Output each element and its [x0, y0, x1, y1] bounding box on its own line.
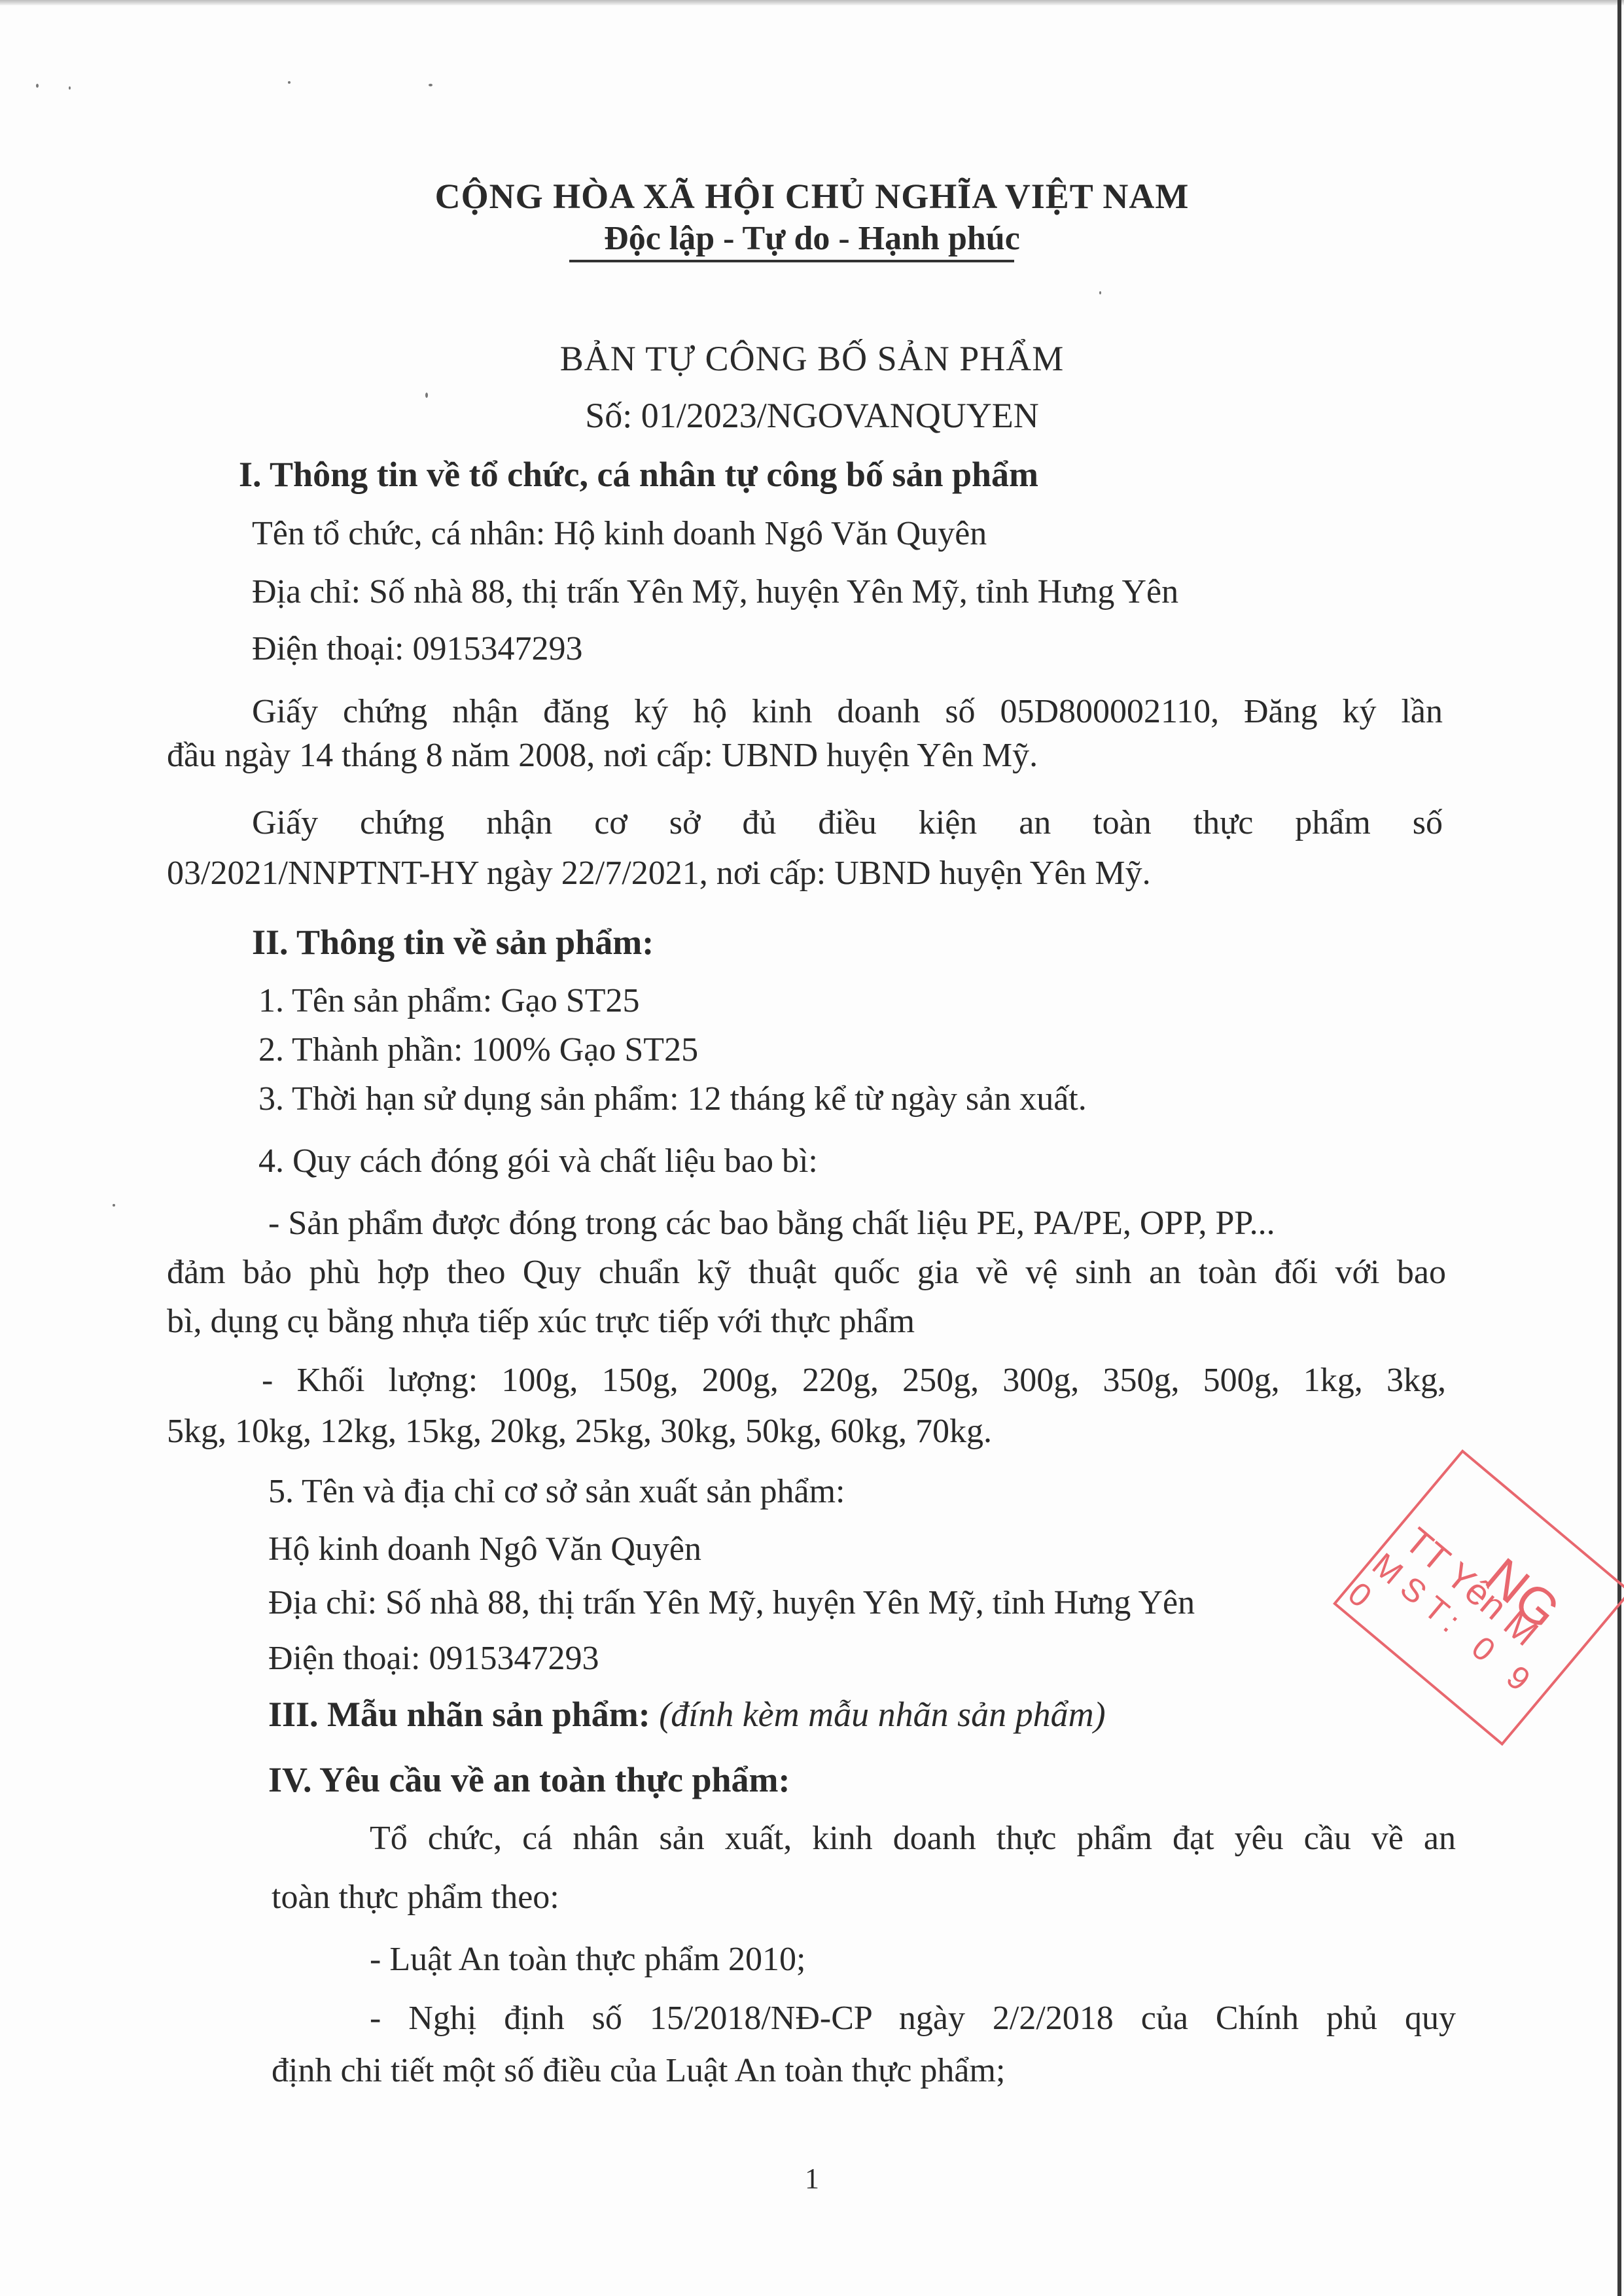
product-shelf-life: 3. Thời hạn sử dụng sản phẩm: 12 tháng k… [258, 1080, 1087, 1119]
producer-heading: 5. Tên và địa chỉ cơ sở sản xuất sản phẩ… [268, 1472, 845, 1511]
packaging-line-3: bì, dụng cụ bằng nhựa tiếp xúc trực tiếp… [167, 1302, 915, 1341]
section-3-heading: III. Mẫu nhãn sản phẩm: (đính kèm mẫu nh… [268, 1695, 1106, 1734]
document-number: Số: 01/2023/NGOVANQUYEN [0, 396, 1624, 435]
business-registration-line-1: Giấy chứng nhận đăng ký hộ kinh doanh số… [252, 692, 1443, 732]
section-1-heading: I. Thông tin về tổ chức, cá nhân tự công… [239, 455, 1038, 494]
page-number: 1 [0, 2159, 1624, 2199]
producer-phone: Điện thoại: 0915347293 [268, 1639, 599, 1678]
decree-line-2: định chi tiết một số điều của Luật An to… [272, 2051, 1005, 2091]
producer-address: Địa chỉ: Số nhà 88, thị trấn Yên Mỹ, huy… [268, 1583, 1195, 1623]
business-registration-line-2: đầu ngày 14 tháng 8 năm 2008, nơi cấp: U… [167, 736, 1038, 775]
packaging-line-1: - Sản phẩm được đóng trong các bao bằng … [268, 1204, 1275, 1243]
product-name: 1. Tên sản phẩm: Gạo ST25 [258, 981, 640, 1021]
weight-line-1: - Khối lượng: 100g, 150g, 200g, 220g, 25… [262, 1361, 1446, 1400]
safety-intro-line-1: Tổ chức, cá nhân sản xuất, kinh doanh th… [370, 1819, 1456, 1858]
scan-speck [1099, 291, 1101, 294]
packaging-line-2: đảm bảo phù hợp theo Quy chuẩn kỹ thuật … [167, 1253, 1446, 1292]
section-3-note: (đính kèm mẫu nhãn sản phẩm) [650, 1695, 1106, 1734]
safety-intro-line-2: toàn thực phẩm theo: [272, 1878, 559, 1917]
document-page: CỘNG HÒA XÃ HỘI CHỦ NGHĨA VIỆT NAM Độc l… [0, 0, 1624, 2296]
scan-speck [69, 86, 71, 90]
food-safety-law: - Luật An toàn thực phẩm 2010; [370, 1940, 806, 1979]
document-title: BẢN TỰ CÔNG BỐ SẢN PHẨM [0, 339, 1624, 378]
section-3-title: III. Mẫu nhãn sản phẩm: [268, 1695, 650, 1734]
scan-speck [288, 81, 291, 84]
scan-speck [36, 84, 39, 88]
section-2-heading: II. Thông tin về sản phẩm: [252, 923, 654, 962]
weight-line-2: 5kg, 10kg, 12kg, 15kg, 20kg, 25kg, 30kg,… [167, 1412, 992, 1451]
food-safety-cert-line-2: 03/2021/NNPTNT-HY ngày 22/7/2021, nơi cấ… [167, 854, 1151, 893]
producer-name: Hộ kinh doanh Ngô Văn Quyên [268, 1530, 701, 1569]
national-motto: Độc lập - Tự do - Hạnh phúc [0, 219, 1624, 258]
decree-line-1: - Nghị định số 15/2018/NĐ-CP ngày 2/2/20… [370, 1999, 1456, 2038]
scan-edge-top [0, 0, 1624, 5]
section-4-heading: IV. Yêu cầu về an toàn thực phẩm: [268, 1760, 790, 1799]
scan-speck [113, 1204, 115, 1207]
national-title: CỘNG HÒA XÃ HỘI CHỦ NGHĨA VIỆT NAM [0, 177, 1624, 216]
product-ingredients: 2. Thành phần: 100% Gạo ST25 [258, 1031, 698, 1070]
org-phone: Điện thoại: 0915347293 [252, 629, 583, 669]
scan-speck [429, 84, 432, 86]
company-stamp: NG TT Yên M MST: 0 9 0 [1333, 1449, 1624, 1746]
org-address: Địa chỉ: Số nhà 88, thị trấn Yên Mỹ, huy… [252, 573, 1178, 612]
product-packaging-heading: 4. Quy cách đóng gói và chất liệu bao bì… [258, 1142, 818, 1181]
motto-underline [569, 260, 1014, 262]
food-safety-cert-line-1: Giấy chứng nhận cơ sở đủ điều kiện an to… [252, 804, 1443, 843]
org-name: Tên tổ chức, cá nhân: Hộ kinh doanh Ngô … [252, 514, 987, 554]
